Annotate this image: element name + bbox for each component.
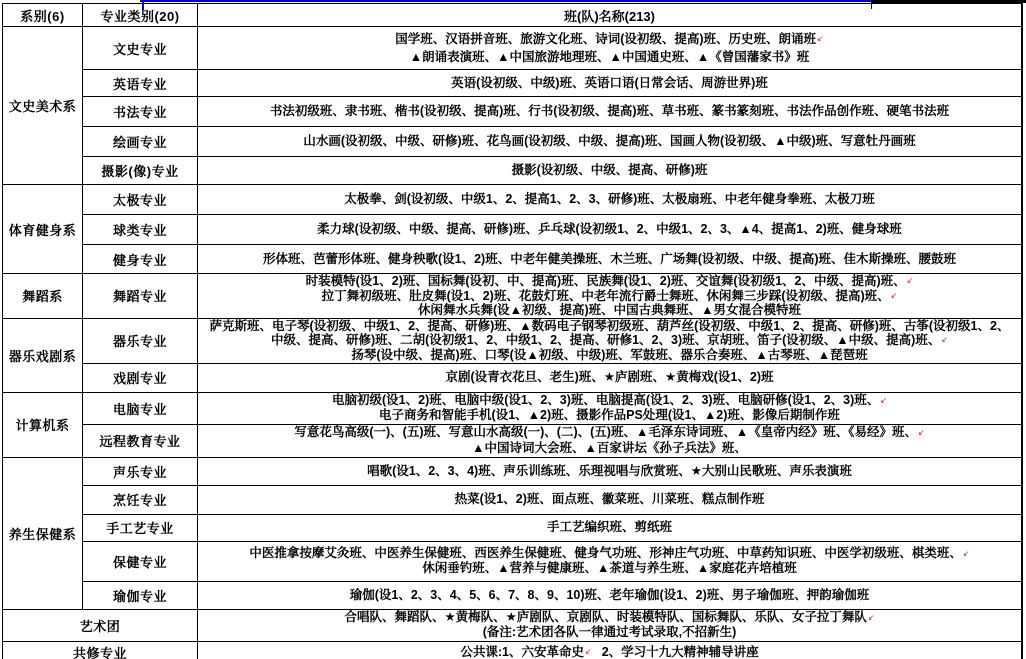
art-troupe-cell: 艺术团: [3, 609, 198, 641]
dept-cell: 舞蹈系: [3, 274, 83, 319]
class-list-text: 国学班、汉语拼音班、旅游文化班、诗词(设初级、提高)班、历史班、朗诵班: [395, 32, 816, 46]
class-list-text: 合唱队、舞蹈队、★黄梅队、★庐剧队、京剧队、时装模特队、国标舞队、乐队、女子拉丁…: [344, 610, 866, 624]
class-list-line: 英语(设初级、中级)班、英语口语(日常会话、周游世界)班: [200, 76, 1019, 91]
dept-cell: 养生保健系: [3, 457, 83, 609]
table-row: 远程教育专业 写意花鸟高级(一)、(五)班、写意山水高级(一)、(二)、(五)班…: [3, 424, 1023, 457]
table-row: 健身专业 形体班、芭蕾形体班、健身秧歌(设1、2)班、中老年健美操班、木兰班、广…: [3, 245, 1023, 274]
header-department: 系别(6): [3, 4, 83, 27]
class-list-line: 公共课:1、六安革命史↙2、学习十九大精神辅导讲座: [200, 645, 1019, 659]
table-row: 摄影(像)专业 摄影(设初级、中级、提高、研修)班: [3, 157, 1023, 185]
red-revision-mark-icon: ↙: [963, 549, 970, 558]
classes-cell: 公共课:1、六安革命史↙2、学习十九大精神辅导讲座: [198, 641, 1023, 659]
major-cell: 烹饪专业: [83, 485, 198, 514]
table-row: 舞蹈系 舞蹈专业 时装模特(设1、2)班、国标舞(设初、中、提高)班、民族舞(设…: [3, 274, 1023, 319]
classes-cell: 国学班、汉语拼音班、旅游文化班、诗词(设初级、提高)班、历史班、朗诵班↙ ▲朗诵…: [198, 27, 1023, 70]
header-major-category: 专业类别(20): [83, 4, 198, 27]
header-row: 系别(6) 专业类别(20) 班(队)名称(213): [3, 4, 1023, 27]
red-revision-mark-icon: ↙: [585, 647, 592, 656]
table-row: 器乐戏剧系 器乐专业 萨克斯班、电子琴(设初级、中级1、2、提高、研修)班、▲数…: [3, 318, 1023, 363]
classes-cell: 唱歌(设1、2、3、4)班、声乐训练班、乐理视唱与欣赏班、★大别山民歌班、声乐表…: [198, 457, 1023, 485]
class-list-line: 休闲垂钓班、▲营养与健康班、▲茶道与养生班、▲家庭花卉培植班: [200, 561, 1019, 577]
class-list-line: 京剧(设青衣花旦、老生)班、★庐剧班、★黄梅戏(设1、2)班: [200, 370, 1019, 385]
red-revision-mark-icon: ↙: [880, 396, 887, 405]
classes-cell: 时装模特(设1、2)班、国标舞(设初、中、提高)班、民族舞(设1、2)班、交谊舞…: [198, 274, 1023, 319]
class-list-text: 写意花鸟高级(一)、(五)班、写意山水高级(一)、(二)、(五)班、▲毛泽东诗词…: [294, 425, 917, 439]
classes-cell: 书法初级班、隶书班、楷书(设初级、提高)班、行书(设初级、提高)班、草书班、篆书…: [198, 97, 1023, 127]
class-list-line: 形体班、芭蕾形体班、健身秧歌(设1、2)班、中老年健美操班、木兰班、广场舞(设初…: [200, 252, 1019, 267]
class-list-line: 电脑初级(设1、2)班、电脑中级(设1、2、3)班、电脑提高(设1、2、3)班、…: [200, 393, 1019, 409]
class-list-text: 中级、提高、研修)班、二胡(设初级1、2、中级1、2、提高、研修1、2、3)班、…: [271, 333, 940, 347]
class-list-line: 中医推拿按摩艾灸班、中医养生保健班、西医养生保健班、健身气功班、形神庄气功班、中…: [200, 546, 1019, 562]
class-list-line: 柔力球(设初级、中级、提高、研修)班、乒乓球(设初级1、2、中级1、2、3、▲4…: [200, 222, 1019, 237]
class-list-line: 太极拳、剑(设初级、中级1、2、提高1、2、3、研修)班、太极扇班、中老年健身拳…: [200, 192, 1019, 207]
major-cell: 戏剧专业: [83, 363, 198, 392]
major-cell: 瑜伽专业: [83, 581, 198, 609]
table-row: 瑜伽专业 瑜伽(设1、2、3、4、5、6、7、8、9、10)班、老年瑜伽(设1、…: [3, 581, 1023, 609]
major-cell: 摄影(像)专业: [83, 157, 198, 185]
class-list-line: 萨克斯班、电子琴(设初级、中级1、2、提高、研修)班、▲数码电子钢琴初级班、葫芦…: [200, 319, 1019, 334]
table-row: 绘画专业 山水画(设初级、中级、研修)班、花鸟画(设初级、中级、提高)班、国画人…: [3, 127, 1023, 157]
class-list-line: 休闲舞水兵舞(设▲初级、提高)班、中国古典舞班、▲男女混合模特班: [200, 303, 1019, 318]
red-revision-mark-icon: ↙: [918, 428, 925, 437]
red-revision-mark-icon: ↙: [891, 291, 898, 300]
classes-cell: 柔力球(设初级、中级、提高、研修)班、乒乓球(设初级1、2、中级1、2、3、▲4…: [198, 215, 1023, 245]
table-row: 书法专业 书法初级班、隶书班、楷书(设初级、提高)班、行书(设初级、提高)班、草…: [3, 97, 1023, 127]
major-cell: 手工艺专业: [83, 514, 198, 541]
class-list-text: 电脑初级(设1、2)班、电脑中级(设1、2、3)班、电脑提高(设1、2、3)班、…: [332, 393, 879, 407]
class-list-line: ▲中国诗词大会班、▲百家讲坛《孙子兵法》班、: [200, 441, 1019, 457]
table-row: 养生保健系 声乐专业 唱歌(设1、2、3、4)班、声乐训练班、乐理视唱与欣赏班、…: [3, 457, 1023, 485]
class-list-line: 合唱队、舞蹈队、★黄梅队、★庐剧队、京剧队、时装模特队、国标舞队、乐队、女子拉丁…: [200, 610, 1019, 626]
major-cell: 英语专业: [83, 70, 198, 97]
red-revision-mark-icon: ↙: [817, 34, 824, 43]
class-list-line: 时装模特(设1、2)班、国标舞(设初、中、提高)班、民族舞(设1、2)班、交谊舞…: [200, 274, 1019, 289]
class-list-line: 摄影(设初级、中级、提高、研修)班: [200, 163, 1019, 178]
class-list-line: ▲朗诵表演班、▲中国旅游地理班、▲中国通史班、▲《曾国藩家书》班: [200, 48, 1019, 67]
classes-cell: 合唱队、舞蹈队、★黄梅队、★庐剧队、京剧队、时装模特队、国标舞队、乐队、女子拉丁…: [198, 609, 1023, 641]
red-revision-mark-icon: ↙: [941, 335, 948, 344]
major-cell: 绘画专业: [83, 127, 198, 157]
table-row: 体育健身系 太极专业 太极拳、剑(设初级、中级1、2、提高1、2、3、研修)班、…: [3, 185, 1023, 215]
class-list-line: 中级、提高、研修)班、二胡(设初级1、2、中级1、2、提高、研修1、2、3)班、…: [200, 333, 1019, 348]
table-row: 烹饪专业 热菜(设1、2)班、面点班、徽菜班、川菜班、糕点制作班: [3, 485, 1023, 514]
class-list-line: 瑜伽(设1、2、3、4、5、6、7、8、9、10)班、老年瑜伽(设1、2)班、男…: [200, 588, 1019, 603]
major-cell: 器乐专业: [83, 318, 198, 363]
table-row: 艺术团 合唱队、舞蹈队、★黄梅队、★庐剧队、京剧队、时装模特队、国标舞队、乐队、…: [3, 609, 1023, 641]
class-list-line: (备注:艺术团各队一律通过考试录取,不招新生): [200, 625, 1019, 641]
class-list-text: 2、学习十九大精神辅导讲座: [602, 645, 759, 659]
red-revision-mark-icon: ↙: [868, 613, 875, 622]
major-cell: 舞蹈专业: [83, 274, 198, 319]
classes-cell: 中医推拿按摩艾灸班、中医养生保健班、西医养生保健班、健身气功班、形神庄气功班、中…: [198, 541, 1023, 581]
classes-cell: 山水画(设初级、中级、研修)班、花鸟画(设初级、中级、提高)班、国画人物(设初级…: [198, 127, 1023, 157]
dept-cell: 体育健身系: [3, 185, 83, 274]
class-list-line: 拉丁舞初级班、肚皮舞(设1、2)班、花鼓灯班、中老年流行爵士舞班、休闲舞三步踩(…: [200, 289, 1019, 304]
class-list-text: 公共课:1、六安革命史: [460, 645, 584, 659]
major-cell: 太极专业: [83, 185, 198, 215]
class-list-line: 写意花鸟高级(一)、(五)班、写意山水高级(一)、(二)、(五)班、▲毛泽东诗词…: [200, 425, 1019, 441]
table-row: 共修专业 公共课:1、六安革命史↙2、学习十九大精神辅导讲座: [3, 641, 1023, 659]
major-cell: 远程教育专业: [83, 424, 198, 457]
classes-cell: 形体班、芭蕾形体班、健身秧歌(设1、2)班、中老年健美操班、木兰班、广场舞(设初…: [198, 245, 1023, 274]
red-revision-mark-icon: ↙: [907, 276, 914, 285]
table-row: 戏剧专业 京剧(设青衣花旦、老生)班、★庐剧班、★黄梅戏(设1、2)班: [3, 363, 1023, 392]
class-list-line: 电子商务和智能手机(设1、▲2)班、摄影作品PS处理(设1、▲2)班、影像后期制…: [200, 408, 1019, 424]
class-list-line: 山水画(设初级、中级、研修)班、花鸟画(设初级、中级、提高)班、国画人物(设初级…: [200, 134, 1019, 149]
table-row: 计算机系 电脑专业 电脑初级(设1、2)班、电脑中级(设1、2、3)班、电脑提高…: [3, 392, 1023, 424]
class-schedule-table: 系别(6) 专业类别(20) 班(队)名称(213) 文史美术系 文史专业 国学…: [2, 3, 1023, 659]
major-cell: 保健专业: [83, 541, 198, 581]
class-list-line: 扬琴(设中级、提高)班、口琴(设▲初级、中级)班、军鼓班、器乐合奏班、▲古琴班、…: [200, 348, 1019, 363]
common-major-cell: 共修专业: [3, 641, 198, 659]
major-cell: 文史专业: [83, 27, 198, 70]
dept-cell: 器乐戏剧系: [3, 318, 83, 392]
class-list-line: 国学班、汉语拼音班、旅游文化班、诗词(设初级、提高)班、历史班、朗诵班↙: [200, 30, 1019, 49]
screenshot-artifact-blue-line: [140, 0, 872, 2]
major-cell: 健身专业: [83, 245, 198, 274]
table-row: 球类专业 柔力球(设初级、中级、提高、研修)班、乒乓球(设初级1、2、中级1、2…: [3, 215, 1023, 245]
table-row: 英语专业 英语(设初级、中级)班、英语口语(日常会话、周游世界)班: [3, 70, 1023, 97]
classes-cell: 摄影(设初级、中级、提高、研修)班: [198, 157, 1023, 185]
classes-cell: 太极拳、剑(设初级、中级1、2、提高1、2、3、研修)班、太极扇班、中老年健身拳…: [198, 185, 1023, 215]
major-cell: 电脑专业: [83, 392, 198, 424]
classes-cell: 萨克斯班、电子琴(设初级、中级1、2、提高、研修)班、▲数码电子钢琴初级班、葫芦…: [198, 318, 1023, 363]
class-list-line: 手工艺编织班、剪纸班: [200, 520, 1019, 535]
classes-cell: 手工艺编织班、剪纸班: [198, 514, 1023, 541]
table-row: 手工艺专业 手工艺编织班、剪纸班: [3, 514, 1023, 541]
class-list-text: 时装模特(设1、2)班、国标舞(设初、中、提高)班、民族舞(设1、2)班、交谊舞…: [306, 274, 906, 288]
class-list-text: 中医推拿按摩艾灸班、中医养生保健班、西医养生保健班、健身气功班、形神庄气功班、中…: [249, 546, 962, 560]
class-list-line: 书法初级班、隶书班、楷书(设初级、提高)班、行书(设初级、提高)班、草书班、篆书…: [200, 104, 1019, 119]
table-row: 保健专业 中医推拿按摩艾灸班、中医养生保健班、西医养生保健班、健身气功班、形神庄…: [3, 541, 1023, 581]
class-list-line: 热菜(设1、2)班、面点班、徽菜班、川菜班、糕点制作班: [200, 492, 1019, 507]
table-row: 文史美术系 文史专业 国学班、汉语拼音班、旅游文化班、诗词(设初级、提高)班、历…: [3, 27, 1023, 70]
dept-cell: 文史美术系: [3, 27, 83, 185]
classes-cell: 电脑初级(设1、2)班、电脑中级(设1、2、3)班、电脑提高(设1、2、3)班、…: [198, 392, 1023, 424]
dept-cell: 计算机系: [3, 392, 83, 457]
classes-cell: 英语(设初级、中级)班、英语口语(日常会话、周游世界)班: [198, 70, 1023, 97]
major-cell: 球类专业: [83, 215, 198, 245]
classes-cell: 热菜(设1、2)班、面点班、徽菜班、川菜班、糕点制作班: [198, 485, 1023, 514]
class-list-line: 唱歌(设1、2、3、4)班、声乐训练班、乐理视唱与欣赏班、★大别山民歌班、声乐表…: [200, 464, 1019, 479]
major-cell: 声乐专业: [83, 457, 198, 485]
classes-cell: 写意花鸟高级(一)、(五)班、写意山水高级(一)、(二)、(五)班、▲毛泽东诗词…: [198, 424, 1023, 457]
classes-cell: 瑜伽(设1、2、3、4、5、6、7、8、9、10)班、老年瑜伽(设1、2)班、男…: [198, 581, 1023, 609]
class-list-text: 拉丁舞初级班、肚皮舞(设1、2)班、花鼓灯班、中老年流行爵士舞班、休闲舞三步踩(…: [322, 289, 890, 303]
classes-cell: 京剧(设青衣花旦、老生)班、★庐剧班、★黄梅戏(设1、2)班: [198, 363, 1023, 392]
major-cell: 书法专业: [83, 97, 198, 127]
header-class-names: 班(队)名称(213): [198, 4, 1023, 27]
